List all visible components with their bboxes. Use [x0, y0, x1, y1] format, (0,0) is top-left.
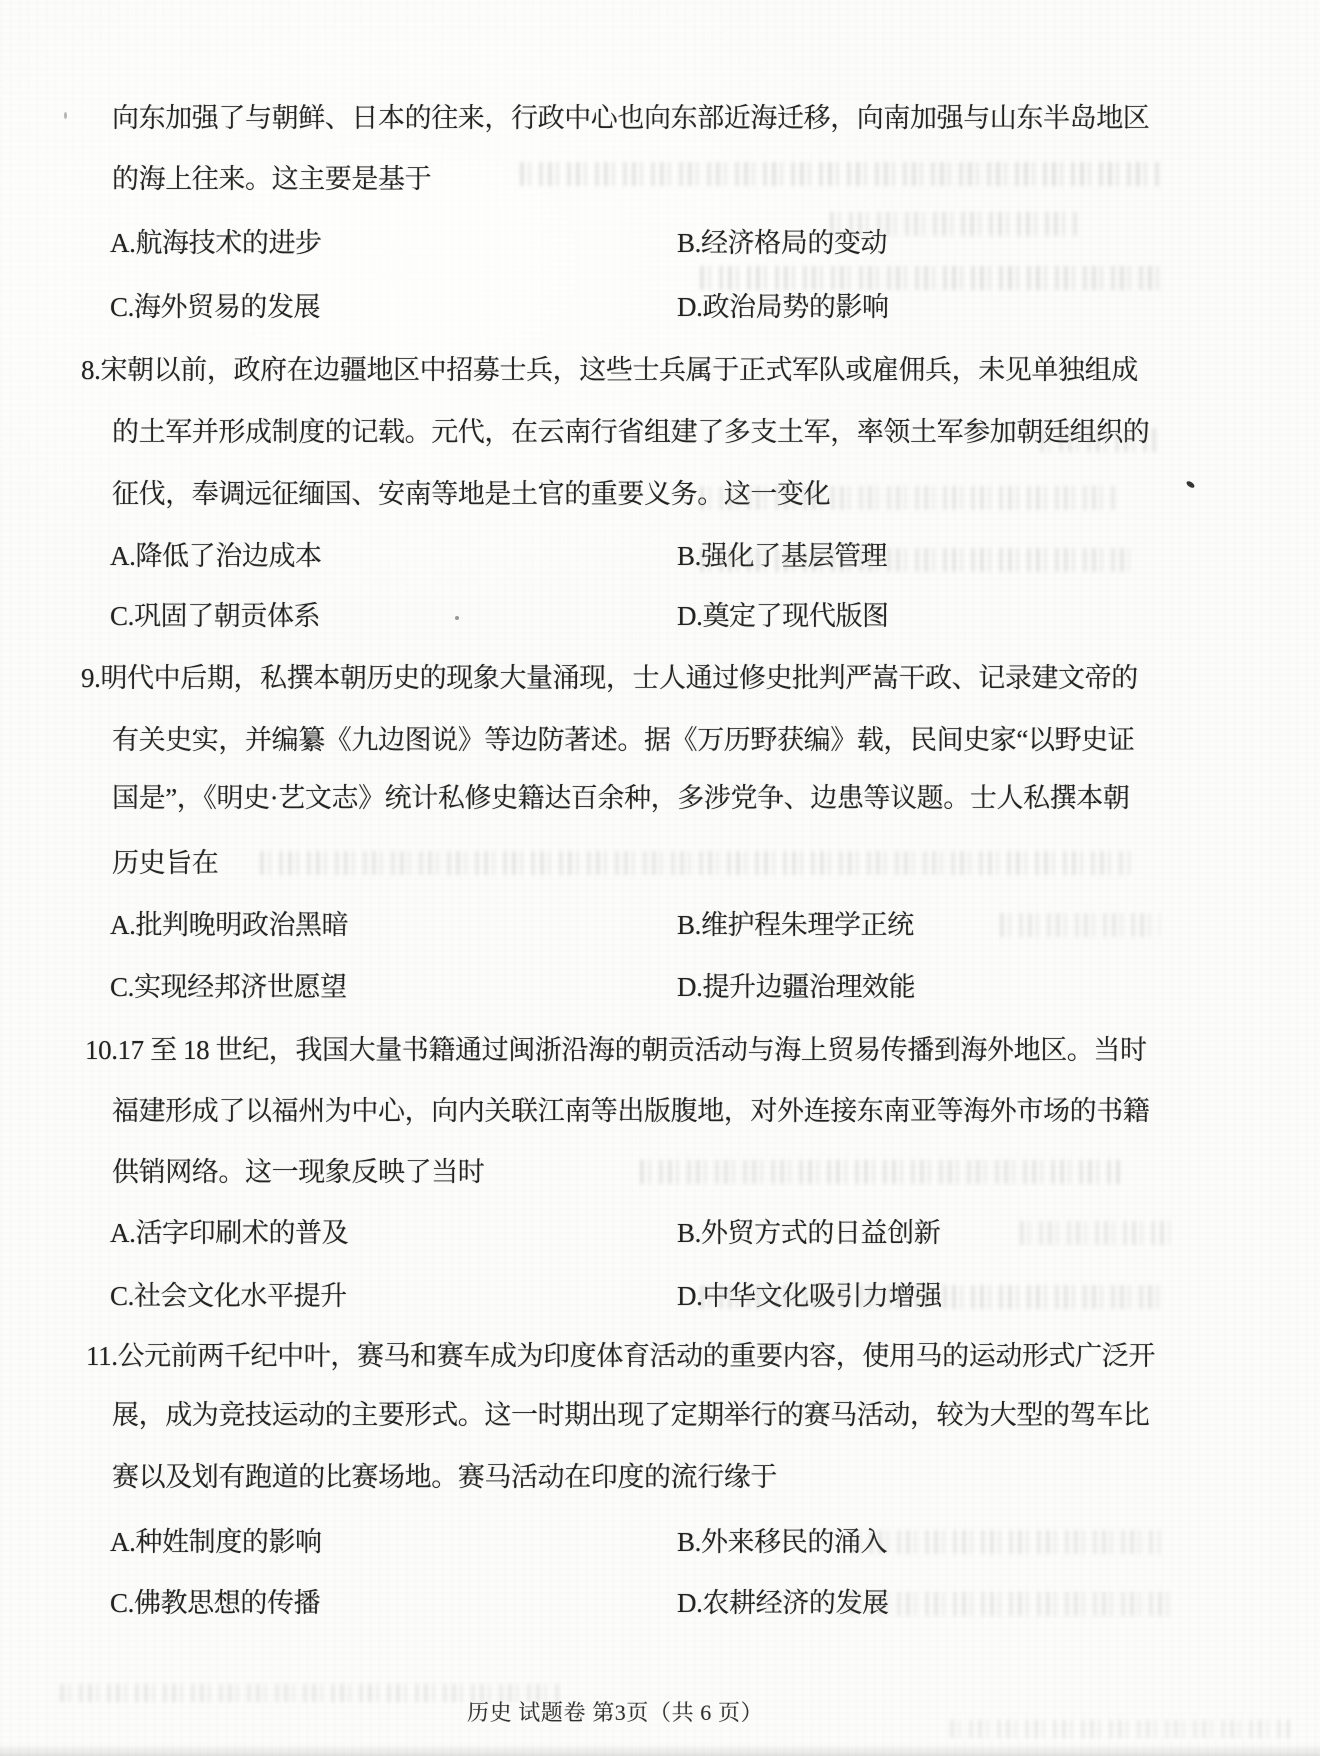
question-text-line: 9.明代中后期，私撰本朝历史的现象大量涌现，士人通过修史批判严嵩干政、记录建文帝… [81, 663, 1138, 693]
scan-speck [1185, 480, 1195, 489]
option-b: B.外贸方式的日益创新 [677, 1218, 940, 1248]
option-c: C.实现经邦济世愿望 [110, 972, 347, 1002]
scan-speck [64, 112, 67, 119]
page-footer: 历史 试题卷 第3页（共 6 页） [467, 1700, 763, 1726]
bleedthrough-artifact [830, 212, 1080, 236]
option-c: C.海外贸易的发展 [110, 292, 320, 322]
question-text-line: 的土军并形成制度的记载。元代，在云南行省组建了多支土军，率领土军参加朝廷组织的 [112, 417, 1149, 447]
bleedthrough-artifact [60, 1684, 560, 1702]
bleedthrough-artifact [850, 1530, 1160, 1554]
scan-speck [455, 616, 459, 620]
bleedthrough-artifact [1040, 428, 1160, 452]
option-a: A.降低了治边成本 [110, 541, 322, 571]
bleedthrough-artifact [850, 1592, 1170, 1616]
question-text-line: 8.宋朝以前，政府在边疆地区中招募士兵，这些士兵属于正式军队或雇佣兵，未见单独组… [81, 355, 1138, 385]
bleedthrough-artifact [700, 266, 1160, 290]
bleedthrough-artifact [700, 1285, 1160, 1309]
question-text-line: 赛以及划有跑道的比赛场地。赛马活动在印度的流行缘于 [112, 1462, 777, 1492]
question-text-line: 供销网络。这一现象反映了当时 [112, 1157, 484, 1187]
bleedthrough-artifact [700, 486, 1120, 510]
question-text-line: 国是”，《明史·艺文志》统计私修史籍达百余种，多涉党争、边患等议题。士人私撰本朝 [112, 783, 1129, 813]
question-text-line: 历史旨在 [112, 848, 218, 878]
option-a: A.种姓制度的影响 [110, 1527, 322, 1557]
option-d: D.奠定了现代版图 [677, 601, 889, 631]
bleedthrough-artifact [700, 548, 1130, 572]
option-d: D.提升边疆治理效能 [677, 972, 915, 1002]
option-b: B.维护程朱理学正统 [677, 910, 914, 940]
option-d: D.政治局势的影响 [677, 292, 889, 322]
question-text-line: 的海上往来。这主要是基于 [112, 164, 431, 194]
question-text-line: 展，成为竞技运动的主要形式。这一时期出现了定期举行的赛马活动，较为大型的驾车比 [112, 1400, 1149, 1430]
bleedthrough-artifact [1000, 913, 1160, 937]
bleedthrough-artifact [260, 851, 1130, 875]
option-c: C.佛教思想的传播 [110, 1588, 320, 1618]
bleedthrough-artifact [640, 1160, 1120, 1184]
option-a: A.活字印刷术的普及 [110, 1218, 348, 1248]
bleedthrough-artifact [1020, 1221, 1170, 1245]
option-c: C.巩固了朝贡体系 [110, 601, 320, 631]
question-text-line: 11.公元前两千纪中叶，赛马和赛车成为印度体育活动的重要内容，使用马的运动形式广… [86, 1341, 1155, 1371]
option-c: C.社会文化水平提升 [110, 1281, 347, 1311]
bleedthrough-artifact [950, 1720, 1290, 1738]
page-edge-shadow [0, 1744, 1320, 1756]
bleedthrough-artifact [520, 162, 1160, 186]
option-a: A.批判晚明政治黑暗 [110, 910, 348, 940]
question-text-line: 向东加强了与朝鲜、日本的往来，行政中心也向东部近海迁移，向南加强与山东半岛地区 [112, 103, 1149, 133]
question-text-line: 福建形成了以福州为中心，向内关联江南等出版腹地，对外连接东南亚等海外市场的书籍 [112, 1096, 1149, 1126]
question-text-line: 有关史实，并编纂《九边图说》等边防著述。据《万历野获编》载，民间史家“以野史证 [112, 725, 1134, 755]
question-text-line: 10.17 至 18 世纪，我国大量书籍通过闽浙沿海的朝贡活动与海上贸易传播到海… [85, 1035, 1147, 1065]
scanned-exam-page: 向东加强了与朝鲜、日本的往来，行政中心也向东部近海迁移，向南加强与山东半岛地区 … [0, 0, 1320, 1756]
option-a: A.航海技术的进步 [110, 228, 322, 258]
